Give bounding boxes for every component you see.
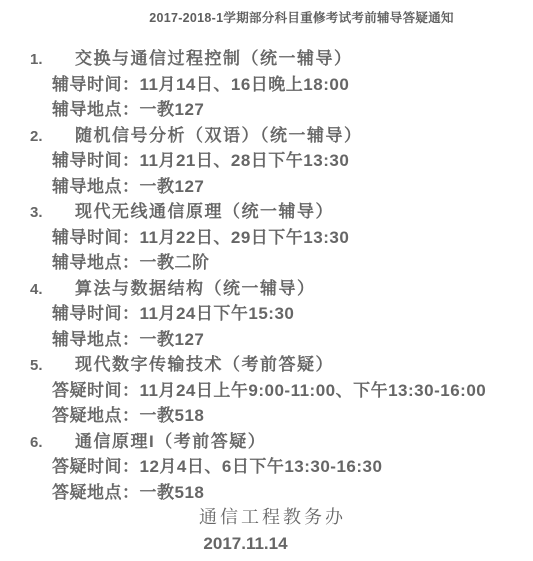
signature: 通信工程教务办: [0, 505, 533, 531]
date: 2017.11.14: [0, 531, 533, 557]
session-location-line: 辅导地点：一教127: [0, 174, 533, 200]
session-time-line: 辅导时间：11月24日下午15:30: [0, 301, 533, 327]
list-item: 5.现代数字传输技术（考前答疑） 答疑时间：11月24日上午9:00-11:00…: [0, 352, 533, 429]
session-time-line: 答疑时间：11月24日上午9:00-11:00、下午13:30-16:00: [0, 378, 533, 404]
session-time-line: 辅导时间：11月22日、29日下午13:30: [0, 225, 533, 251]
course-title: 通信原理I（考前答疑）: [75, 432, 266, 451]
item-heading: 5.现代数字传输技术（考前答疑）: [0, 352, 533, 378]
session-time-line: 辅导时间：11月14日、16日晚上18:00: [0, 72, 533, 98]
notice-document: 2017-2018-1学期部分科目重修考试考前辅导答疑通知 1.交换与通信过程控…: [0, 8, 533, 561]
list-item: 1.交换与通信过程控制（统一辅导） 辅导时间：11月14日、16日晚上18:00…: [0, 46, 533, 123]
course-title: 交换与通信过程控制（统一辅导）: [75, 49, 353, 68]
session-location-line: 答疑地点：一教518: [0, 403, 533, 429]
session-location-line: 答疑地点：一教518: [0, 480, 533, 506]
item-number: 3.: [30, 200, 75, 226]
session-time-line: 辅导时间：11月21日、28日下午13:30: [0, 148, 533, 174]
session-location-line: 辅导地点：一教二阶: [0, 250, 533, 276]
item-heading: 4.算法与数据结构（统一辅导）: [0, 276, 533, 302]
item-heading: 1.交换与通信过程控制（统一辅导）: [0, 46, 533, 72]
item-heading: 6.通信原理I（考前答疑）: [0, 429, 533, 455]
session-time-line: 答疑时间：12月4日、6日下午13:30-16:30: [0, 454, 533, 480]
page-title: 2017-2018-1学期部分科目重修考试考前辅导答疑通知: [70, 8, 533, 26]
course-title: 现代无线通信原理（统一辅导）: [75, 202, 334, 221]
course-title: 现代数字传输技术（考前答疑）: [75, 355, 334, 374]
list-item: 4.算法与数据结构（统一辅导） 辅导时间：11月24日下午15:30 辅导地点：…: [0, 276, 533, 353]
item-number: 1.: [30, 47, 75, 73]
item-heading: 2.随机信号分析（双语）（统一辅导）: [0, 123, 533, 149]
item-heading: 3.现代无线通信原理（统一辅导）: [0, 199, 533, 225]
item-number: 6.: [30, 430, 75, 456]
item-number: 2.: [30, 124, 75, 150]
course-title: 算法与数据结构（统一辅导）: [75, 279, 316, 298]
session-location-line: 辅导地点：一教127: [0, 97, 533, 123]
session-location-line: 辅导地点：一教127: [0, 327, 533, 353]
item-number: 5.: [30, 353, 75, 379]
list-item: 2.随机信号分析（双语）（统一辅导） 辅导时间：11月21日、28日下午13:3…: [0, 123, 533, 200]
list-item: 3.现代无线通信原理（统一辅导） 辅导时间：11月22日、29日下午13:30 …: [0, 199, 533, 276]
item-number: 4.: [30, 277, 75, 303]
notice-list: 1.交换与通信过程控制（统一辅导） 辅导时间：11月14日、16日晚上18:00…: [0, 46, 533, 505]
course-title: 随机信号分析（双语）（统一辅导）: [75, 126, 363, 145]
list-item: 6.通信原理I（考前答疑） 答疑时间：12月4日、6日下午13:30-16:30…: [0, 429, 533, 506]
